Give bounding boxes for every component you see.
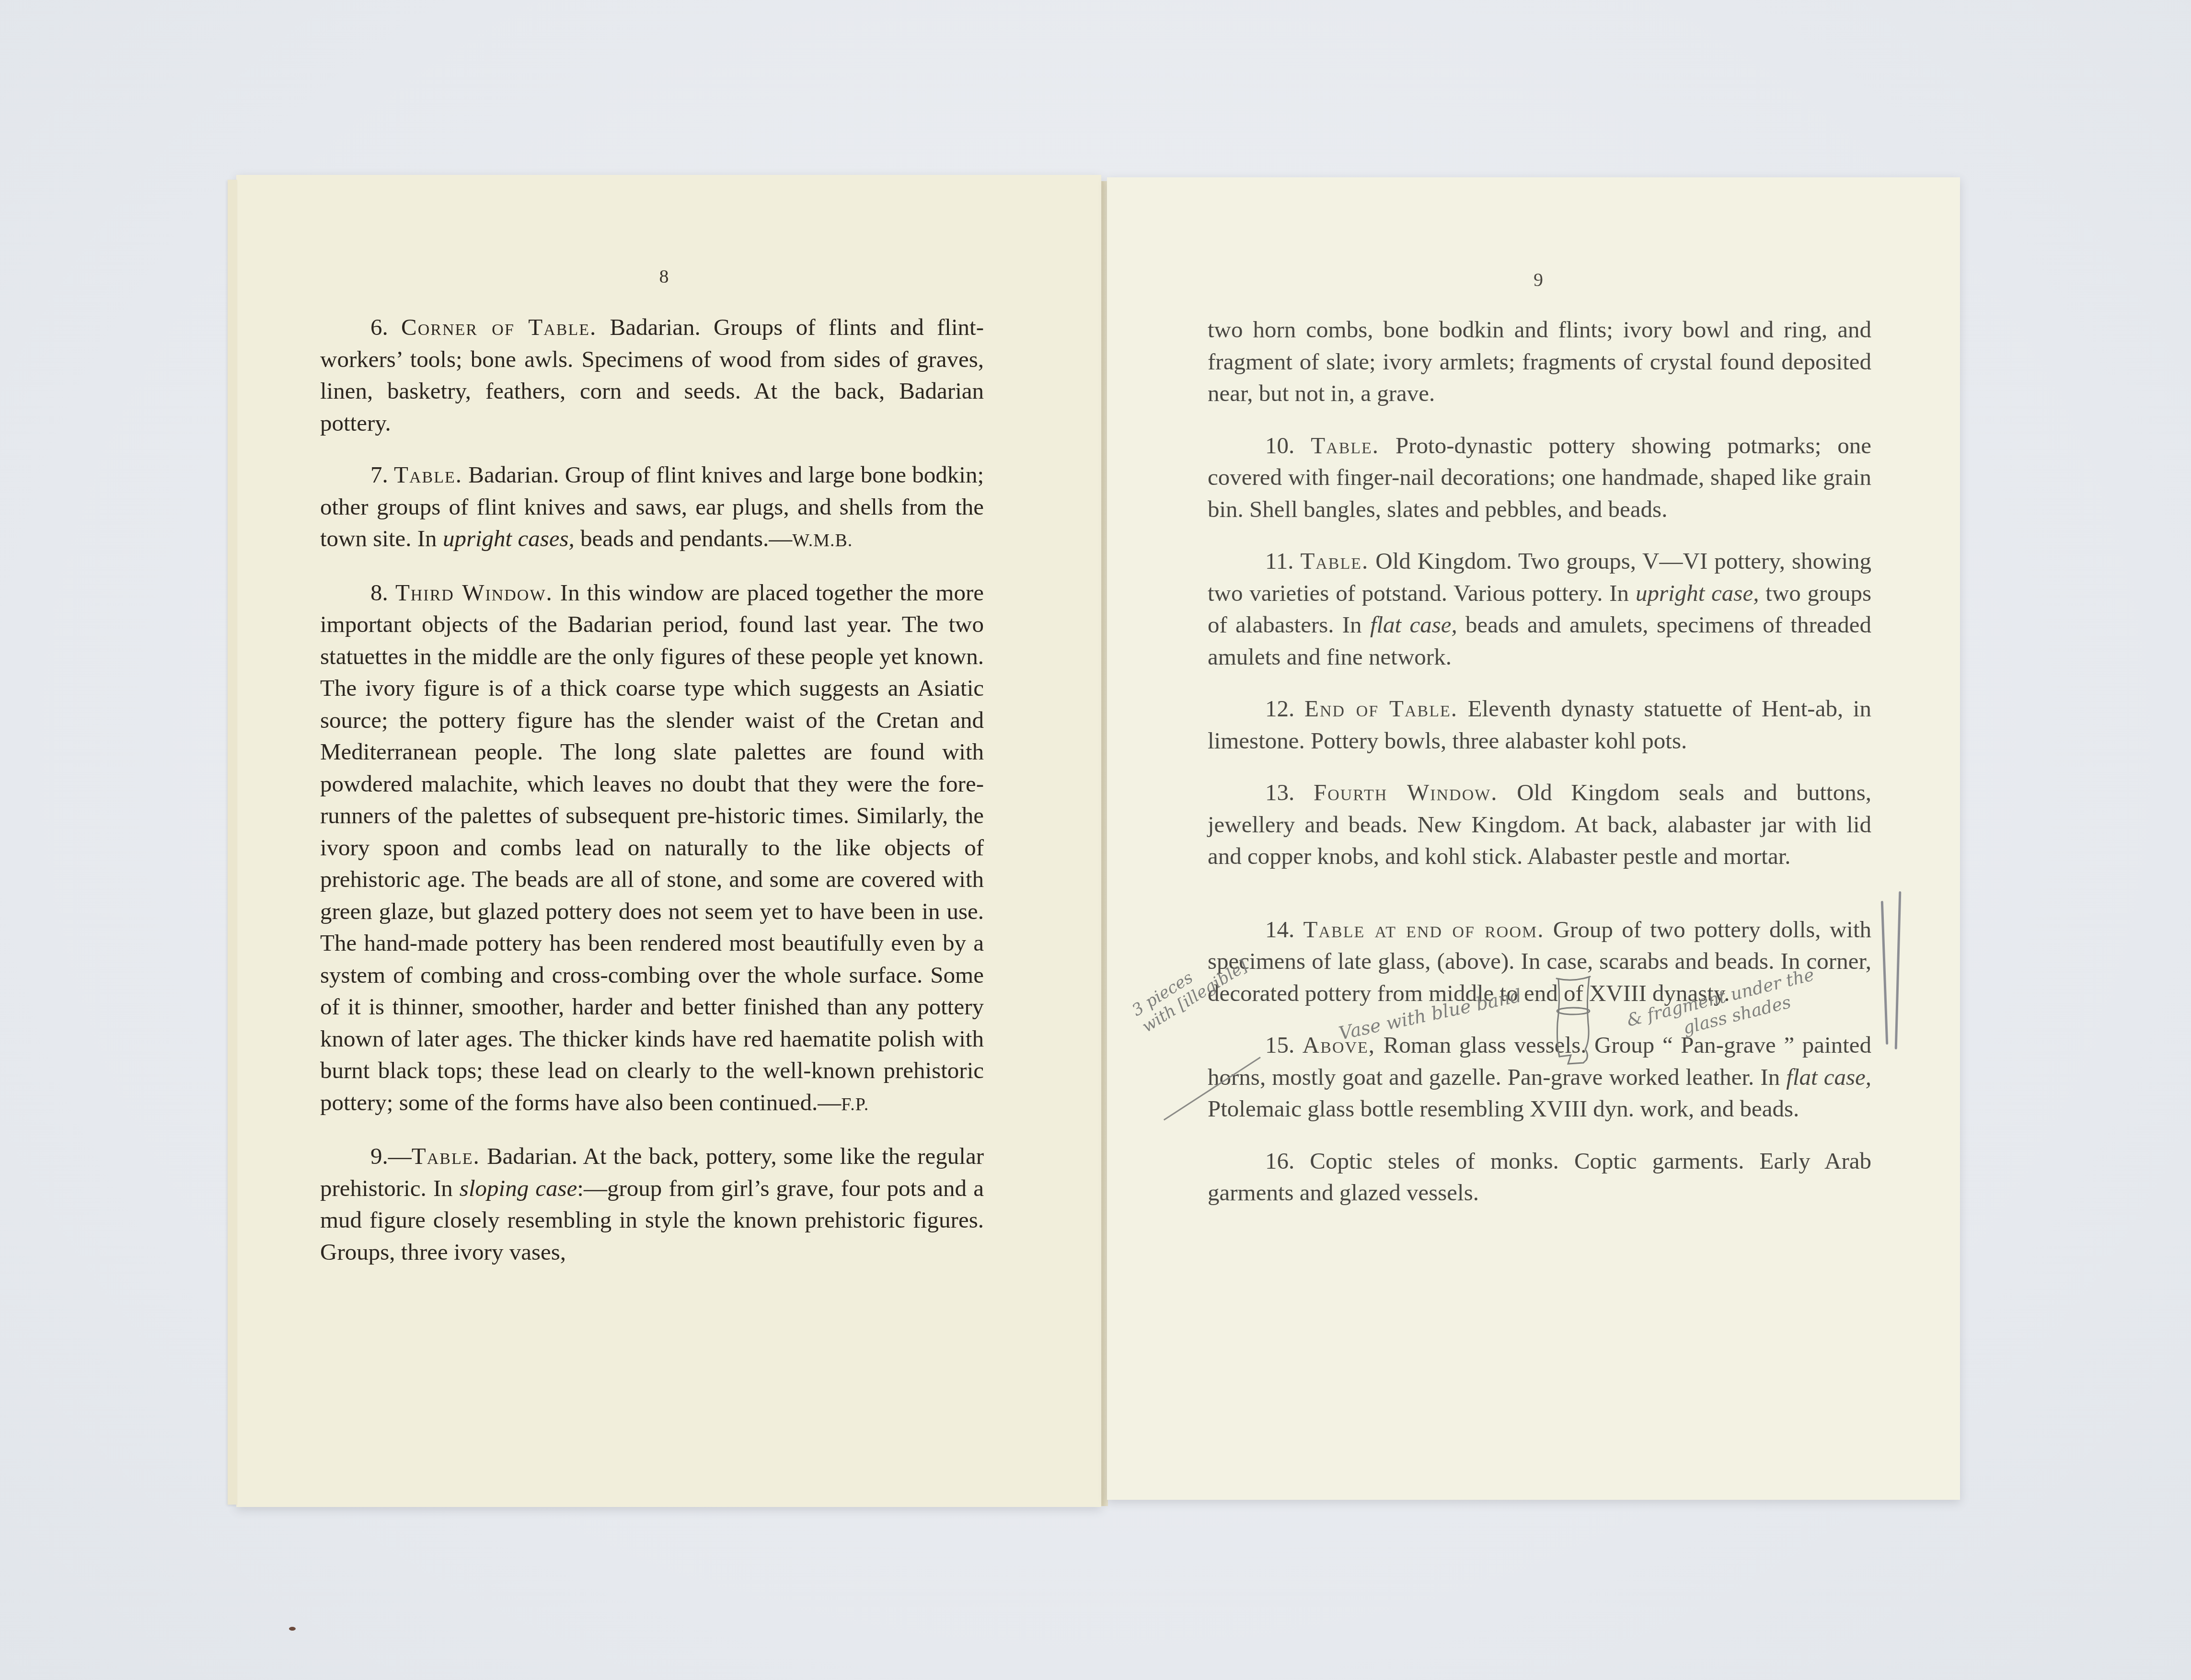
entry-heading: Corner of Table. xyxy=(401,314,597,340)
entry-italic: sloping case xyxy=(460,1175,577,1201)
entry-heading: Table at end of room. xyxy=(1303,916,1545,943)
entry-number: 10. xyxy=(1265,432,1294,459)
left-page-text: 6. Corner of Table. Badarian. Groups of … xyxy=(320,311,984,1288)
dust-speck xyxy=(289,1627,296,1631)
entry-signature: F.P. xyxy=(841,1094,869,1115)
entry-heading: End of Table. xyxy=(1304,695,1458,722)
page-number: 8 xyxy=(231,265,1096,288)
left-page: 8 6. Corner of Table. Badarian. Groups o… xyxy=(236,175,1101,1507)
entry-number: 11. xyxy=(1265,548,1293,574)
entry-number: 7. xyxy=(370,461,388,488)
entry-8: 8. Third Window. In this window are plac… xyxy=(320,577,984,1121)
entry-number: 16. xyxy=(1265,1148,1294,1174)
entry-15: 15. Above, Roman glass vessels. Group “ … xyxy=(1208,1029,1871,1125)
page-number: 9 xyxy=(1112,268,1965,291)
entry-heading: Third Window. xyxy=(395,579,553,606)
entry-number: 9.— xyxy=(370,1143,412,1169)
entry-italic: upright cases, xyxy=(443,525,575,552)
entry-body: Old Kingdom seals and buttons, jewellery… xyxy=(1208,779,1871,869)
entry-10: 10. Table. Proto-dynastic pottery showin… xyxy=(1208,430,1871,526)
entry-heading: Table. xyxy=(394,461,462,488)
entry-7: 7. Table. Badarian. Group of flint knive… xyxy=(320,459,984,557)
entry-16: 16. Coptic steles of monks. Coptic garme… xyxy=(1208,1145,1871,1209)
entry-number: 14. xyxy=(1265,916,1294,943)
entry-11: 11. Table. Old Kingdom. Two groups, V—VI… xyxy=(1208,545,1871,673)
entry-heading: Fourth Window. xyxy=(1314,779,1498,805)
entry-number: 6. xyxy=(370,314,388,340)
entry-13: 13. Fourth Window. Old Kingdom seals and… xyxy=(1208,777,1871,873)
entry-italic: upright case, xyxy=(1636,580,1759,606)
entry-heading: Table. xyxy=(1311,432,1379,459)
entry-signature: W.M.B. xyxy=(792,530,853,551)
entry-heading: Table. xyxy=(1300,548,1369,574)
entry-heading: Table. xyxy=(412,1143,480,1169)
right-page-text: two horn combs, bone bodkin and flints; … xyxy=(1208,314,1871,1229)
right-page: 9 two horn combs, bone bodkin and flints… xyxy=(1107,177,1960,1500)
entry-body-end: beads and pendants.— xyxy=(580,525,792,552)
entry-body: Ptolemaic glass bottle resembling XVIII … xyxy=(1208,1095,1799,1122)
entry-italic: flat case, xyxy=(1370,611,1457,638)
vase-sketch-icon xyxy=(1552,973,1595,1069)
entry-number: 13. xyxy=(1265,779,1294,805)
entry-9-continuation: two horn combs, bone bodkin and flints; … xyxy=(1208,314,1871,410)
entry-italic: flat case, xyxy=(1786,1064,1871,1090)
entry-body: In this window are placed together the m… xyxy=(320,579,984,1116)
entry-number: 15. xyxy=(1265,1032,1294,1058)
entry-12: 12. End of Table. Eleventh dynasty statu… xyxy=(1208,693,1871,757)
entry-9: 9.—Table. Badarian. At the back, pottery… xyxy=(320,1140,984,1268)
entry-6: 6. Corner of Table. Badarian. Groups of … xyxy=(320,311,984,439)
entry-number: 12. xyxy=(1265,695,1294,722)
entry-body: Proto-dynastic pottery showing potmarks;… xyxy=(1208,432,1871,522)
entry-number: 8. xyxy=(370,579,388,606)
entry-body: Coptic steles of monks. Coptic garments.… xyxy=(1208,1148,1871,1206)
